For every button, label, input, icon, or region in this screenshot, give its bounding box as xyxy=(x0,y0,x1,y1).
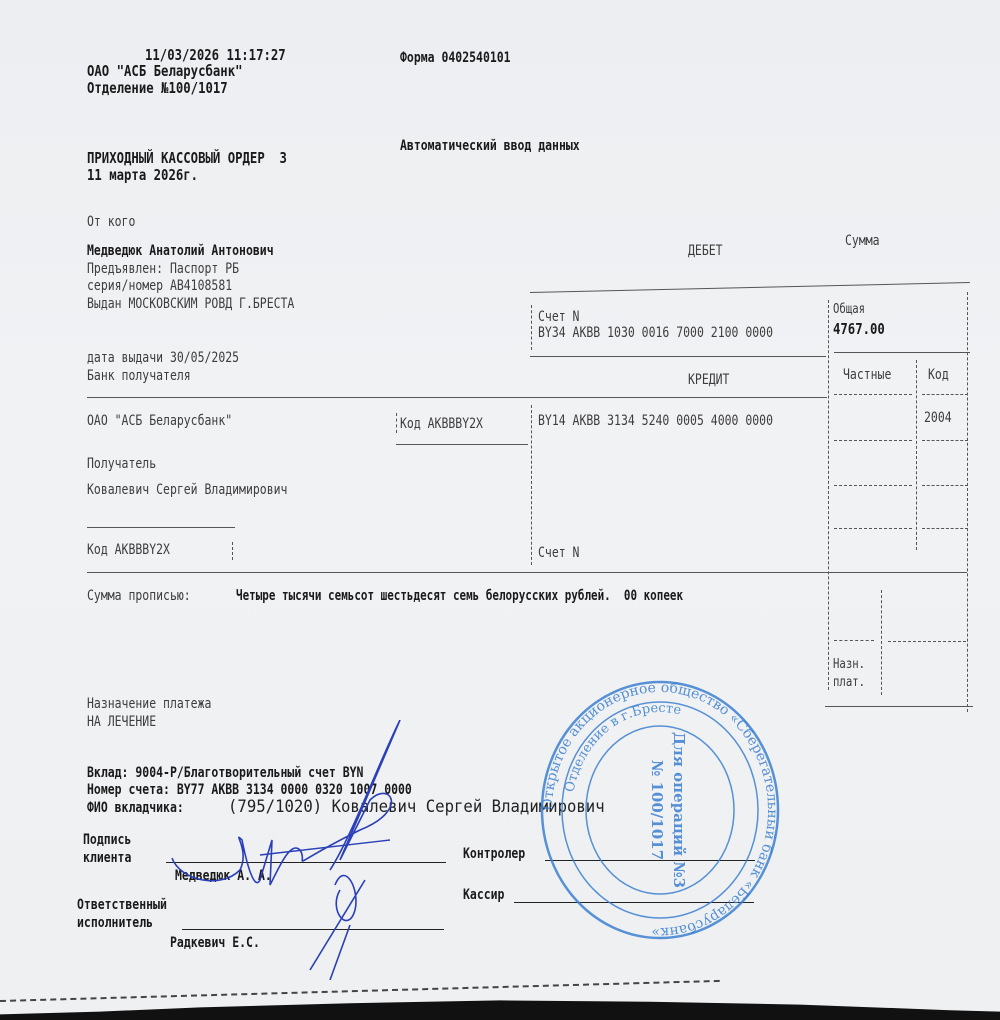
purpose-short-1: Назн. xyxy=(833,657,865,673)
receipt-paper: 11/03/2026 11:17:27 Форма 0402540101 ОАО… xyxy=(0,0,1000,1020)
document-title: ПРИХОДНЫЙ КАССОВЫЙ ОРДЕР 3 xyxy=(87,150,287,166)
divider xyxy=(232,542,233,560)
form-number: Форма 0402540101 xyxy=(400,50,511,66)
credit-account-label-2: Счет N xyxy=(538,545,579,561)
divider xyxy=(922,440,968,441)
debit-account-label: Счет N xyxy=(538,309,579,325)
client-signature-label-1: Подпись xyxy=(83,832,131,848)
divider xyxy=(922,394,968,395)
divider xyxy=(834,528,912,529)
auto-entry-note: Автоматический ввод данных xyxy=(400,138,580,154)
divider xyxy=(922,528,968,529)
cashier-label: Кассир xyxy=(463,887,504,903)
sum-label: Сумма xyxy=(845,233,880,249)
datetime: 11/03/2026 11:17:27 xyxy=(145,47,286,63)
debit-label: ДЕБЕТ xyxy=(688,243,723,259)
credit-account: BY14 AKBB 3134 5240 0005 4000 0000 xyxy=(538,413,773,429)
recipient-bank-label: Банк получателя xyxy=(87,368,191,384)
divider xyxy=(530,356,826,357)
bank-name: ОАО "АСБ Беларусбанк" xyxy=(87,63,243,79)
amount-words-label: Сумма прописью: xyxy=(87,588,191,604)
document-date: 11 марта 2026г. xyxy=(87,167,198,183)
payer-id-presented: Предъявлен: Паспорт РБ xyxy=(87,261,239,277)
divider xyxy=(888,641,966,642)
divider xyxy=(834,485,912,486)
divider xyxy=(396,413,397,433)
recipient-label: Получатель xyxy=(87,456,156,472)
divider xyxy=(916,360,917,550)
purpose-value: НА ЛЕЧЕНИЕ xyxy=(87,714,156,730)
divider xyxy=(531,405,532,565)
divider xyxy=(922,485,968,486)
payer-id-issued: Выдан МОСКОВСКИМ РОВД Г.БРЕСТА xyxy=(87,296,294,312)
recipient-bank: ОАО "АСБ Беларусбанк" xyxy=(87,413,232,429)
code-label: Код xyxy=(928,367,949,383)
amount-words: Четыре тысячи семьсот шестьдесят семь бе… xyxy=(236,588,683,604)
bank-stamp: Открытое акционерное общество «Сберегате… xyxy=(540,680,780,940)
payer-id-issue-date: дата выдачи 30/05/2025 xyxy=(87,350,239,366)
partial-label: Частные xyxy=(843,367,891,383)
purpose-short-2: плат. xyxy=(833,675,865,691)
divider xyxy=(834,640,874,641)
responsible-label-1: Ответственный xyxy=(77,897,167,913)
divider xyxy=(396,444,528,445)
branch: Отделение №100/1017 xyxy=(87,80,228,96)
divider xyxy=(531,305,532,350)
svg-text:№ 100/1017: № 100/1017 xyxy=(648,760,666,860)
svg-text:Для операций №3: Для операций №3 xyxy=(670,732,688,888)
divider xyxy=(87,397,827,398)
recipient-code: Код AKBBBY2X xyxy=(87,542,170,558)
payer-id-series: серия/номер АВ4108581 xyxy=(87,278,232,294)
bank-code: Код AKBBBY2X xyxy=(400,416,483,432)
client-signature-scribble xyxy=(160,720,420,980)
divider xyxy=(834,394,912,395)
total-amount: 4767.00 xyxy=(833,321,885,337)
from-label: От кого xyxy=(87,214,135,230)
recipient-name: Ковалевич Сергей Владимирович xyxy=(87,482,287,498)
debit-account: BY34 AKBB 1030 0016 7000 2100 0000 xyxy=(538,325,773,341)
total-label: Общая xyxy=(833,302,865,318)
client-signature-label-2: клиента xyxy=(83,850,131,866)
divider xyxy=(87,572,967,573)
tear-line xyxy=(0,980,720,1002)
divider xyxy=(834,440,912,441)
divider xyxy=(87,527,235,528)
divider xyxy=(967,292,968,712)
credit-label: КРЕДИТ xyxy=(688,372,729,388)
controller-label: Контролер xyxy=(463,846,525,862)
divider xyxy=(530,282,970,293)
code-value: 2004 xyxy=(924,410,952,426)
payer-name: Медведюк Анатолий Антонович xyxy=(87,243,274,259)
divider xyxy=(834,352,970,353)
divider xyxy=(828,300,829,690)
purpose-label: Назначение платежа xyxy=(87,696,211,712)
divider xyxy=(881,590,882,695)
divider xyxy=(825,706,973,707)
responsible-label-2: исполнитель xyxy=(77,915,153,931)
